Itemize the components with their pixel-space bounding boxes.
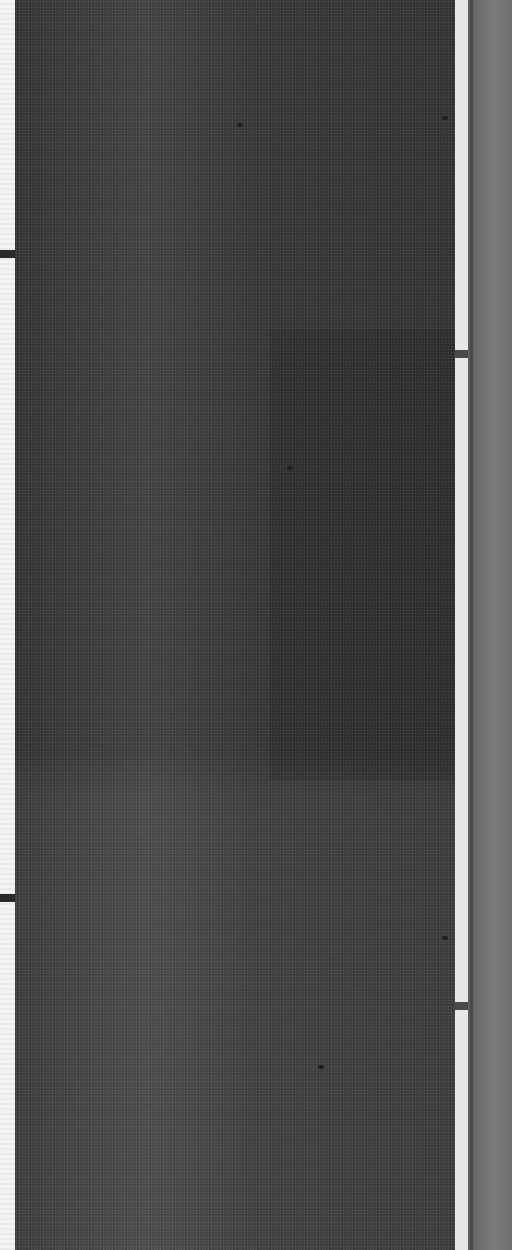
surface-spot bbox=[442, 116, 448, 120]
surface-spot bbox=[318, 1065, 324, 1069]
surface-spot bbox=[237, 123, 243, 127]
lane-marking-gap bbox=[455, 1002, 468, 1010]
asphalt-surface bbox=[15, 0, 456, 1250]
lane-marking bbox=[455, 358, 468, 1002]
lane-marking-gap bbox=[455, 350, 468, 358]
shoulder-edge bbox=[470, 0, 473, 1250]
lane-marking bbox=[455, 0, 468, 350]
margin-tick bbox=[0, 250, 16, 258]
road-shoulder bbox=[468, 0, 512, 1250]
road-photo bbox=[0, 0, 512, 1250]
asphalt-texture bbox=[15, 0, 456, 1250]
margin-tick bbox=[0, 894, 16, 902]
lane-marking bbox=[455, 1010, 468, 1250]
surface-spot bbox=[287, 466, 293, 470]
left-margin bbox=[0, 0, 16, 1250]
surface-spot bbox=[442, 936, 448, 940]
